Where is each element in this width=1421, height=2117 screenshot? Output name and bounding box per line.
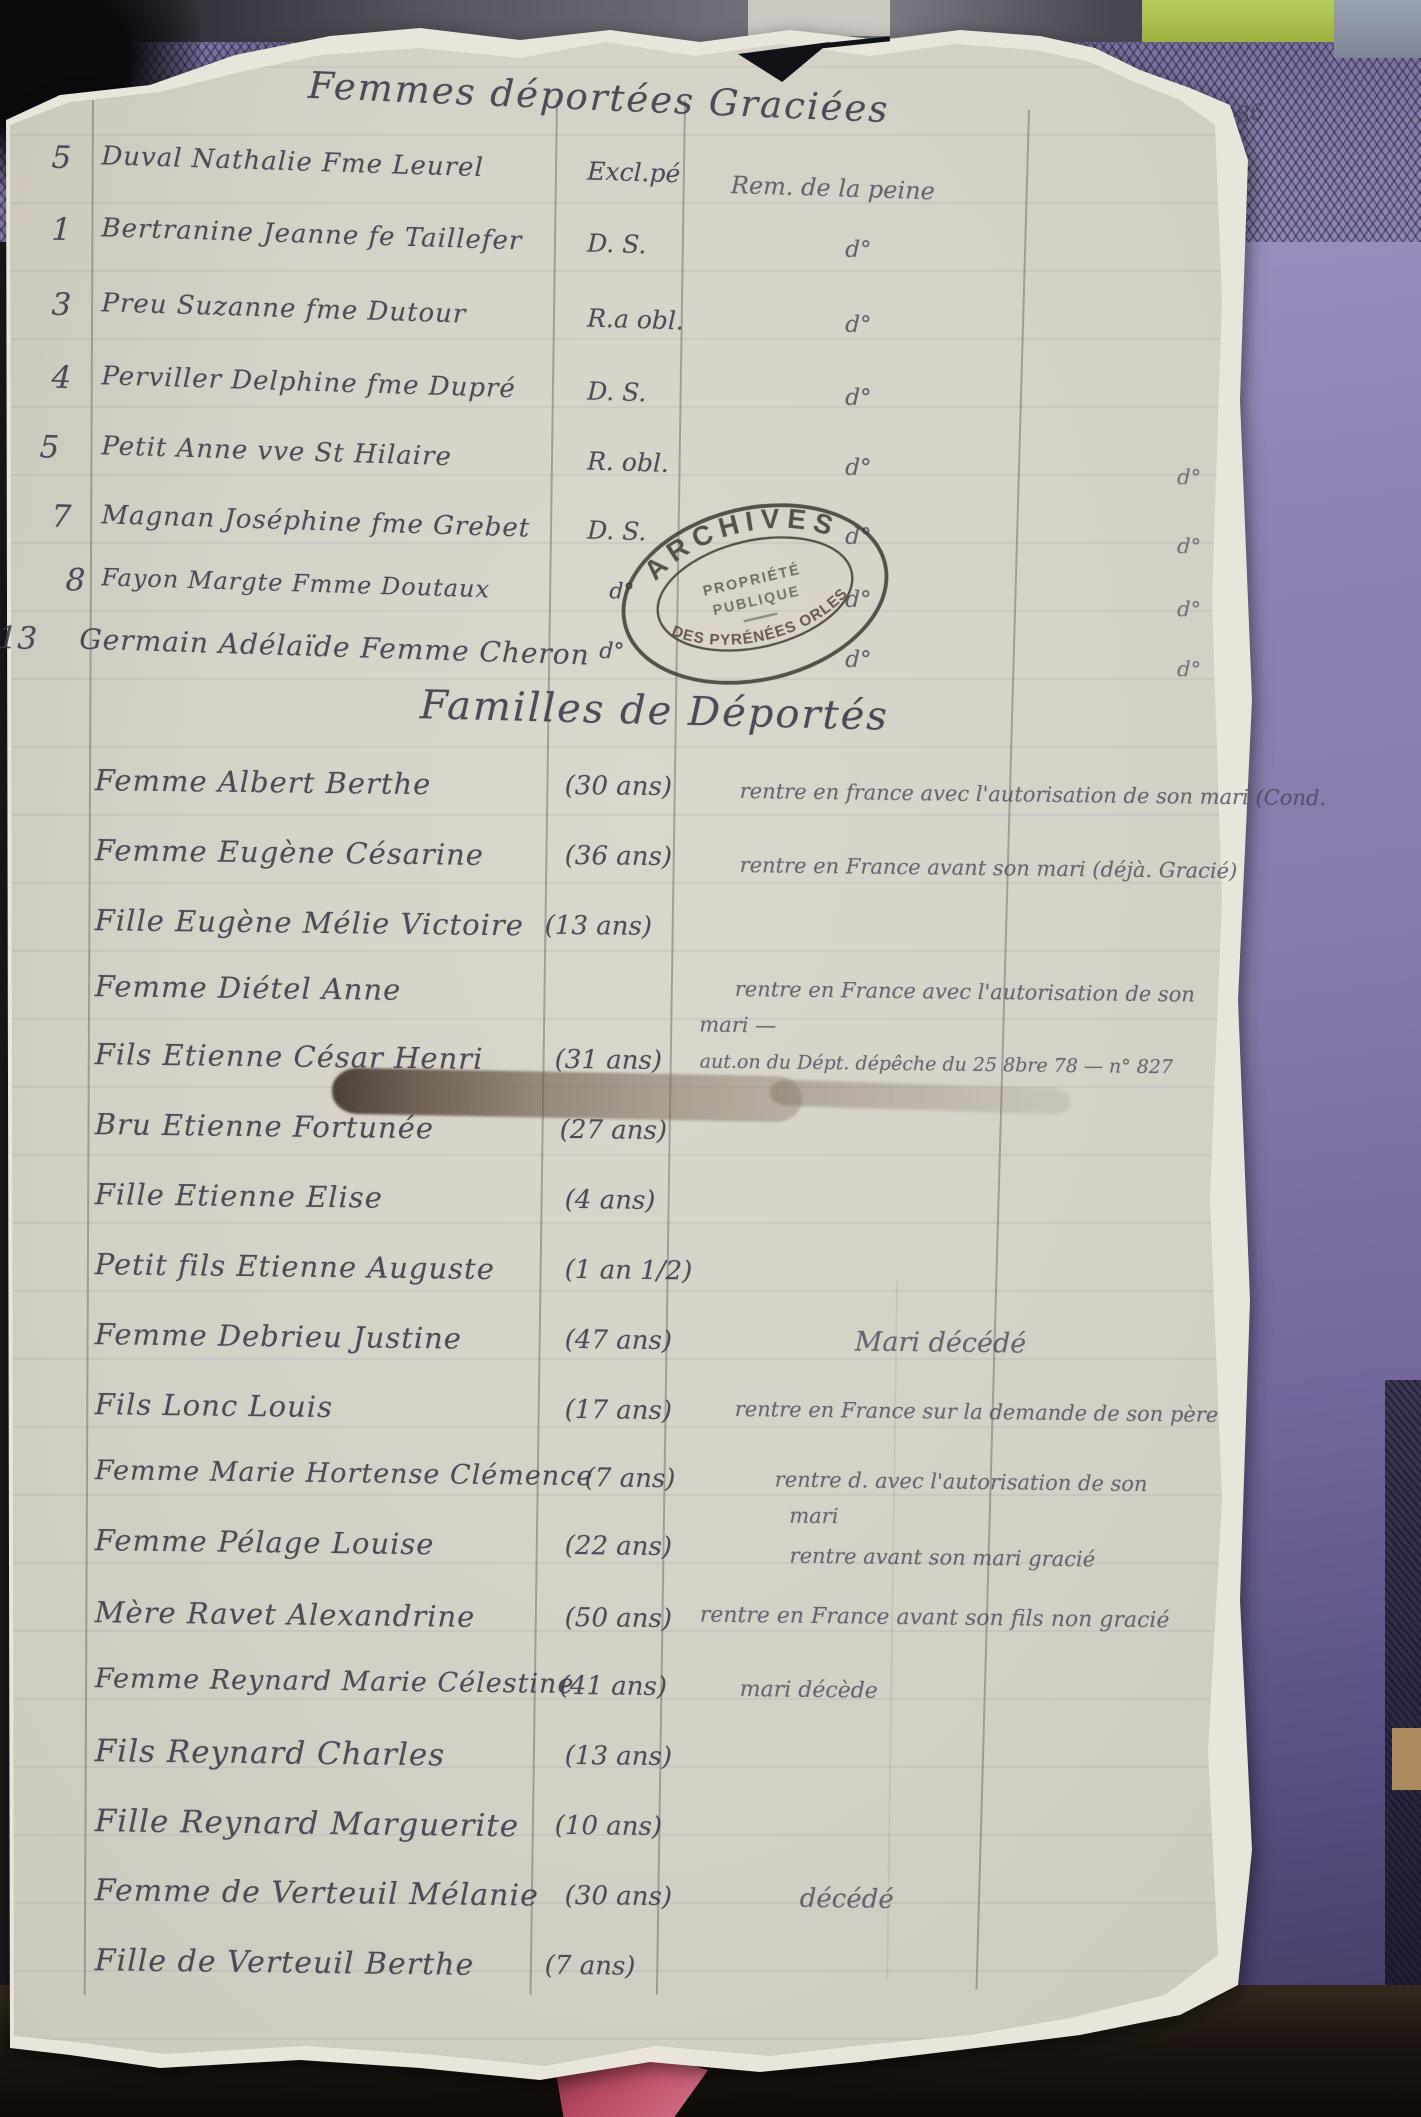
row-remark: rentre en France sur la demande de son p…	[735, 1397, 1395, 1429]
row-remark: mari décède	[740, 1677, 1400, 1710]
row-remark: Mari décédé	[855, 1326, 1421, 1365]
row-name: Femme Reynard Marie Célestine	[95, 1663, 575, 1700]
dark-arrow-mark-icon	[738, 42, 830, 82]
row-name: Duval Nathalie Fme Leurel	[101, 141, 484, 183]
row-ditto-2: d°	[1177, 597, 1202, 622]
row-remark-line2: mari	[789, 1504, 838, 1529]
row-age: (13 ans)	[565, 1741, 673, 1772]
row-name: Fille de Verteuil Berthe	[95, 1943, 475, 1983]
row-name: Femme Diétel Anne	[95, 969, 402, 1007]
row-age: (4 ans)	[565, 1185, 656, 1216]
row-number: 5	[17, 429, 82, 467]
row-status: Excl.pé	[587, 156, 681, 188]
dark-arrow-stem	[818, 36, 890, 48]
row-age: (30 ans)	[565, 771, 673, 802]
row-name: Fille Eugène Mélie Victoire	[95, 903, 524, 942]
row-age: (47 ans)	[565, 1325, 673, 1356]
row-age: (13 ans)	[545, 911, 653, 942]
row-remark: décédé	[800, 1884, 1421, 1922]
row-remark: rentre en france avec l'autorisation de …	[740, 779, 1400, 811]
row-age: (30 ans)	[565, 1881, 673, 1912]
page-number: 86	[1234, 100, 1265, 129]
row-name: Femme Albert Berthe	[95, 763, 432, 801]
row-ditto-2: d°	[1177, 657, 1202, 682]
row-age: (17 ans)	[565, 1395, 673, 1426]
row-status: R. obl.	[587, 446, 670, 478]
row-age: (7 ans)	[545, 1951, 636, 1982]
row-remark: Rem. de la peine	[730, 171, 1391, 220]
row-number: 8	[43, 561, 108, 599]
row-age: (22 ans)	[565, 1531, 673, 1562]
ink-smear	[332, 1067, 803, 1122]
row-remark: rentre d. avec l'autorisation de son	[775, 1467, 1421, 1499]
row-remark: rentre en France avant son mari (déjà. G…	[740, 853, 1400, 885]
row-ditto: d°	[845, 385, 872, 412]
row-age: (36 ans)	[565, 841, 673, 872]
row-number: 13	[0, 620, 50, 658]
row-number: 7	[29, 498, 94, 536]
row-number: 1	[29, 211, 94, 249]
row-age: (41 ans)	[560, 1671, 668, 1702]
row-ditto-2: d°	[1177, 534, 1202, 559]
row-age: (1 an 1/2)	[565, 1255, 693, 1287]
row-remark: rentre avant son mari gracié	[790, 1544, 1421, 1576]
row-age: (10 ans)	[555, 1811, 663, 1842]
row-name: Fils Lonc Louis	[95, 1387, 334, 1424]
row-number: 4	[29, 359, 94, 397]
row-ditto: d°	[845, 312, 872, 339]
row-status: D. S.	[587, 228, 647, 259]
row-age: (50 ans)	[565, 1603, 673, 1634]
row-name: Petit fils Etienne Auguste	[95, 1247, 496, 1286]
row-name: Mère Ravet Alexandrine	[95, 1595, 476, 1634]
row-number: 3	[29, 286, 94, 324]
row-status: D. S.	[587, 376, 647, 407]
row-ditto-2: d°	[1177, 465, 1202, 490]
row-name: Fils Reynard Charles	[95, 1733, 446, 1773]
row-number: 5	[29, 139, 94, 177]
row-age: (7 ans)	[585, 1463, 676, 1494]
row-remark-line2: mari —	[699, 1013, 776, 1038]
photographed-register-page: 86 Femmes déportées Graciées 5 Duval Nat…	[0, 0, 1421, 2117]
section-title-femmes-graciees: Femmes déportées Graciées	[307, 64, 890, 131]
row-name: Femme Eugène Césarine	[95, 833, 485, 872]
row-name: Fille Etienne Elise	[95, 1177, 383, 1215]
row-name: Femme Marie Hortense Clémence	[95, 1455, 594, 1492]
row-name: Femme Pélage Louise	[95, 1523, 435, 1561]
row-ditto: d°	[845, 237, 872, 264]
row-name: Femme Debrieu Justine	[95, 1317, 463, 1355]
row-status: R.a obl.	[587, 303, 684, 335]
row-name: Femme de Verteuil Mélanie	[95, 1873, 539, 1913]
row-name: Fille Reynard Marguerite	[95, 1803, 520, 1844]
row-remark: aut.on du Dépt. dépêche du 25 8bre 78 — …	[700, 1051, 1400, 1082]
